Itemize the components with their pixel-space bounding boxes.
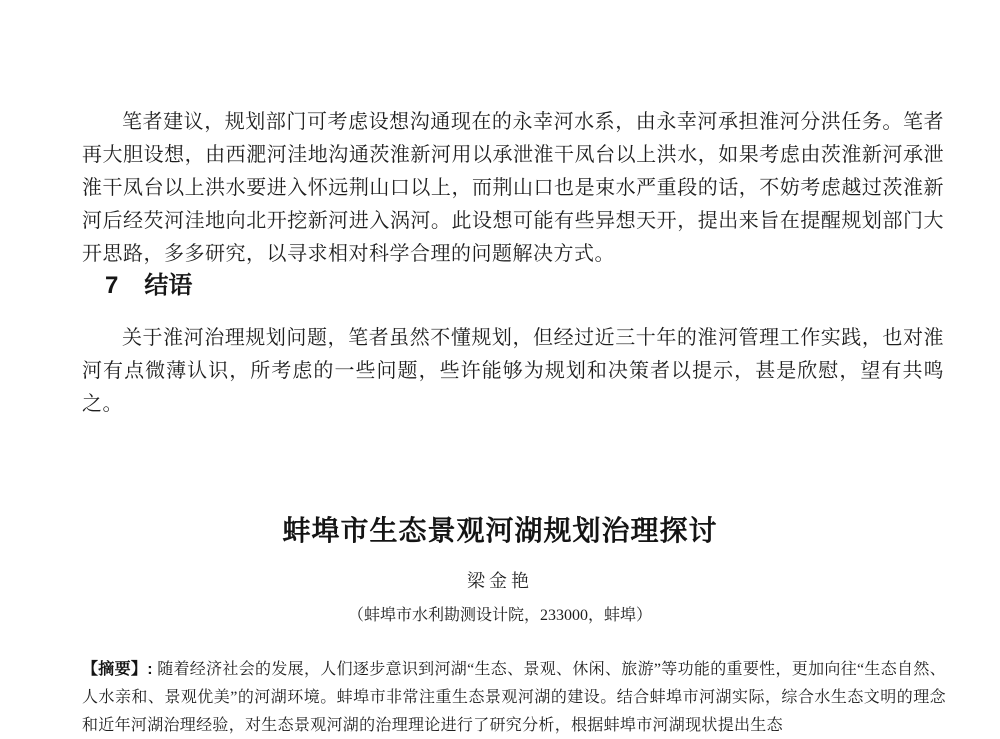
abstract-paragraph: 【摘要】: 随着经济社会的发展，人们逐步意识到河湖“生态、景观、休闲、旅游”等功… [82, 656, 946, 739]
author-name: 梁金艳 [0, 567, 1000, 595]
section-title: 结语 [144, 272, 192, 299]
abstract-text: 随着经济社会的发展，人们逐步意识到河湖“生态、景观、休闲、旅游”等功能的重要性，… [82, 661, 946, 734]
author-affiliation: （蚌埠市水利勘测设计院，233000，蚌埠） [0, 603, 1000, 629]
abstract-label: 【摘要】: [82, 661, 153, 678]
scanned-journal-page: 笔者建议，规划部门可考虑设想沟通现在的永幸河水系，由永幸河承担淮河分洪任务。笔者… [0, 0, 1000, 739]
next-article-title: 蚌埠市生态景观河湖规划治理探讨 [0, 512, 1000, 550]
section-number: 7 [105, 272, 118, 299]
section-heading: 7结语 [105, 270, 192, 302]
closing-paragraph: 笔者建议，规划部门可考虑设想沟通现在的永幸河水系，由永幸河承担淮河分洪任务。笔者… [82, 106, 944, 271]
conclusion-paragraph: 关于淮河治理规划问题，笔者虽然不懂规划，但经过近三十年的淮河管理工作实践，也对淮… [82, 322, 944, 421]
